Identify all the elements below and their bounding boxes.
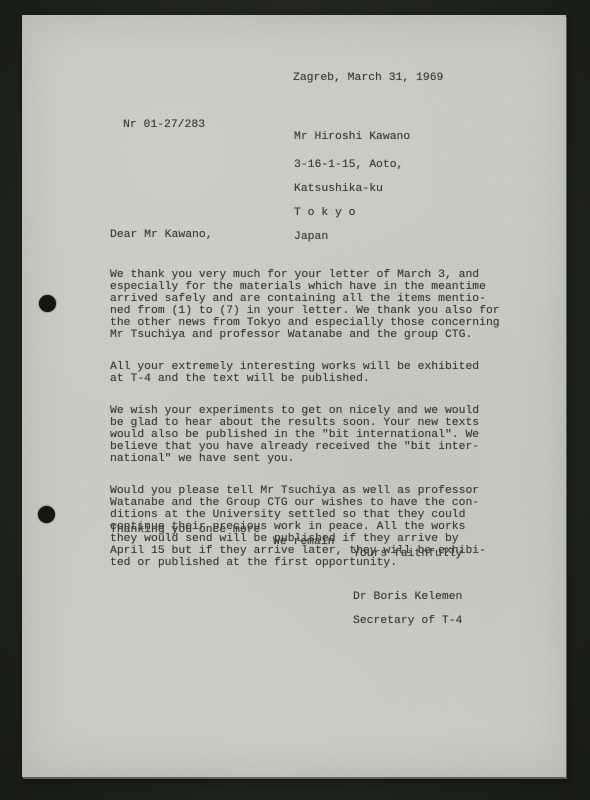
recipient-address-line: Japan bbox=[294, 231, 410, 243]
signature-name: Dr Boris Kelemen bbox=[353, 591, 462, 603]
recipient-address-line: T o k y o bbox=[294, 207, 410, 219]
scanned-letter-background: Zagreb, March 31, 1969 Nr 01-27/283 Mr H… bbox=[0, 0, 590, 800]
signature-block: Dr Boris Kelemen Secretary of T-4 bbox=[353, 579, 462, 639]
punch-hole-bottom bbox=[38, 506, 55, 523]
recipient-name: Mr Hiroshi Kawano bbox=[294, 131, 410, 143]
closing-we-remain: We remain bbox=[273, 536, 335, 548]
recipient-address-block: Mr Hiroshi Kawano 3-16-1-15, Aoto, Katsu… bbox=[294, 119, 410, 255]
recipient-address-line: Katsushika-ku bbox=[294, 183, 410, 195]
recipient-address-line: 3-16-1-15, Aoto, bbox=[294, 159, 410, 171]
body-paragraph: All your extremely interesting works wil… bbox=[110, 361, 516, 385]
body-paragraph: We wish your experiments to get on nicel… bbox=[110, 405, 516, 465]
closing-thanks: Thanking you once more bbox=[110, 524, 260, 536]
body-paragraph: We thank you very much for your letter o… bbox=[110, 269, 516, 341]
signature-title: Secretary of T-4 bbox=[353, 615, 462, 627]
letter-paper: Zagreb, March 31, 1969 Nr 01-27/283 Mr H… bbox=[22, 15, 566, 777]
salutation: Dear Mr Kawano, bbox=[110, 229, 213, 241]
closing-valediction: Yours faithfully bbox=[353, 548, 462, 560]
letter-date: Zagreb, March 31, 1969 bbox=[293, 72, 443, 84]
reference-number: Nr 01-27/283 bbox=[123, 119, 205, 131]
punch-hole-top bbox=[39, 295, 56, 312]
